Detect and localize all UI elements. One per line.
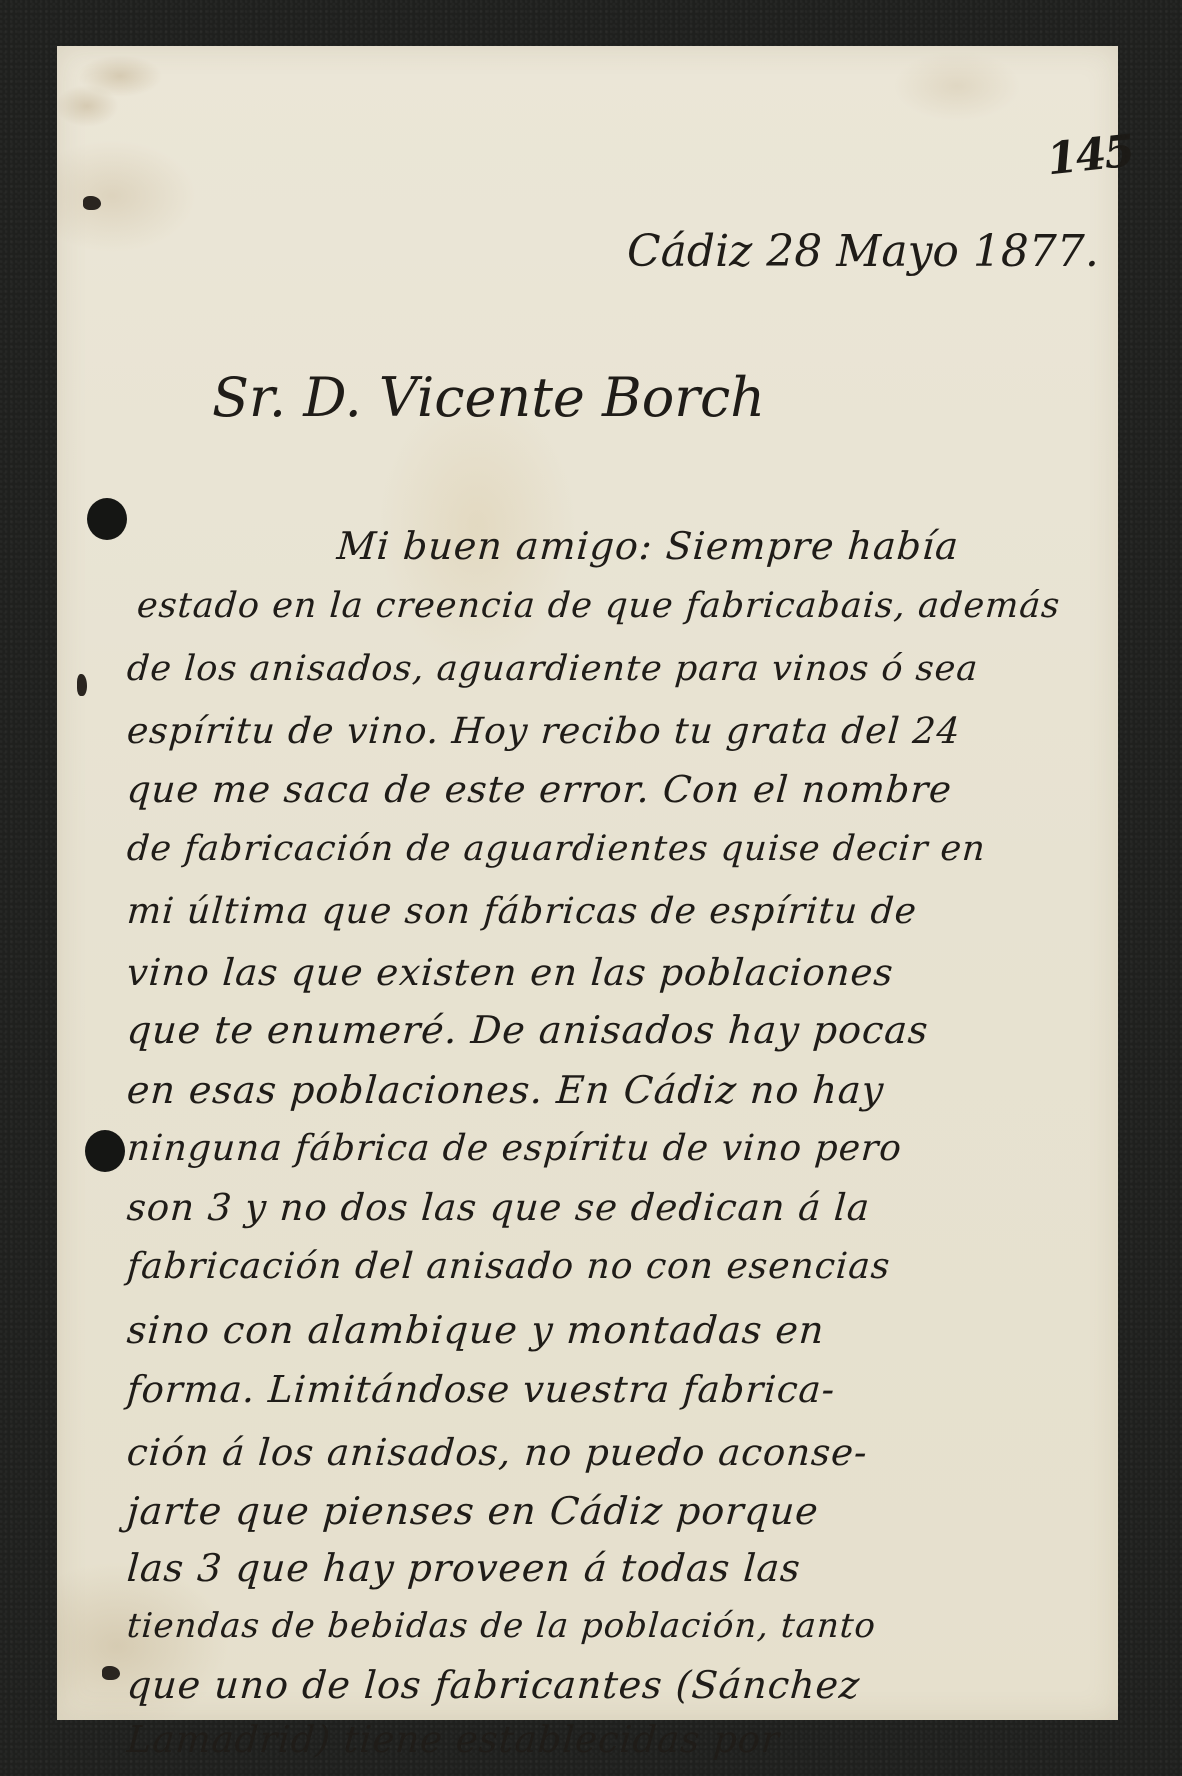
- tear-mark-bottom: [102, 1666, 120, 1680]
- letter-line: que uno de los fabricantes (Sánchez: [125, 1663, 861, 1707]
- letter-line: las 3 que hay proveen á todas las: [125, 1546, 802, 1590]
- tear-mark-top: [83, 196, 101, 210]
- letter-line: espíritu de vino. Hoy recibo tu grata de…: [126, 711, 962, 752]
- letter-line: que me saca de este error. Con el nombre: [125, 768, 953, 811]
- letter-line: ción á los anisados, no puedo aconse-: [125, 1431, 869, 1474]
- letter-line: Mi buen amigo: Siempre había: [335, 524, 960, 568]
- letter-line: ninguna fábrica de espíritu de vino pero: [126, 1128, 904, 1169]
- letter-line: Lamadrid) tiene establecidas por: [125, 1718, 781, 1761]
- letter-line: en esas poblaciones. En Cádiz no hay: [125, 1068, 885, 1112]
- punch-hole-top: [87, 498, 127, 540]
- letter-sheet: 145 Cádiz 28 Mayo 1877. Sr. D. Vicente B…: [57, 46, 1118, 1720]
- letter-line: de los anisados, aguardiente para vinos …: [126, 649, 980, 689]
- punch-hole-bottom: [85, 1130, 125, 1172]
- dateline: Cádiz 28 Mayo 1877.: [627, 226, 1099, 277]
- letter-line: sino con alambique y montadas en: [125, 1308, 826, 1352]
- letter-line: vino las que existen en las poblaciones: [125, 951, 895, 994]
- letter-line: jarte que pienses en Cádiz porque: [125, 1489, 820, 1533]
- letter-line: de fabricación de aguardientes quise dec…: [126, 829, 988, 869]
- letter-line: estado en la creencia de que fabricabais…: [136, 586, 1062, 626]
- letter-line: mi última que son fábricas de espíritu d…: [126, 891, 919, 932]
- letter-line: tiendas de bebidas de la población, tant…: [126, 1606, 878, 1646]
- page-number: 145: [1045, 126, 1136, 186]
- tear-mark-left: [77, 674, 87, 696]
- letter-line: fabricación del anisado no con esencias: [126, 1246, 892, 1287]
- letter-line: forma. Limitándose vuestra fabrica-: [125, 1368, 836, 1411]
- letter-line: son 3 y no dos las que se dedican á la: [125, 1186, 871, 1229]
- addressee: Sr. D. Vicente Borch: [212, 366, 765, 429]
- letter-line: que te enumeré. De anisados hay pocas: [125, 1008, 930, 1052]
